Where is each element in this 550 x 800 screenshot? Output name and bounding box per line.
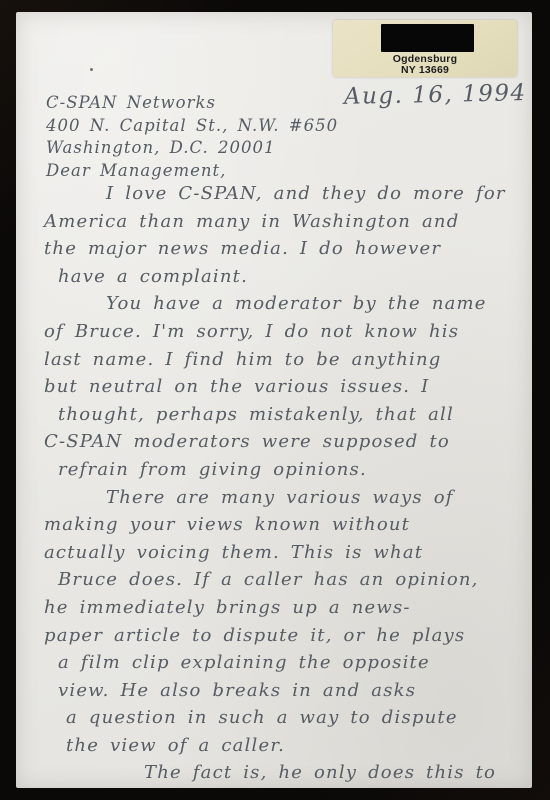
letter-line: the view of a caller. bbox=[44, 732, 526, 760]
address-label-text: Ogdensburg NY 13669 bbox=[333, 54, 517, 76]
letter-line: the major news media. I do however bbox=[44, 235, 526, 263]
recipient-address-block: C-SPAN Networks 400 N. Capital St., N.W.… bbox=[46, 92, 338, 182]
address-label-sticker: Ogdensburg NY 13669 bbox=[333, 20, 517, 77]
letter-line: paper article to dispute it, or he plays bbox=[44, 622, 526, 650]
letter-line: of Bruce. I'm sorry, I do not know his bbox=[44, 318, 526, 346]
letter-line: making your views known without bbox=[44, 511, 526, 539]
letter-line: have a complaint. bbox=[44, 263, 526, 291]
letter-line: refrain from giving opinions. bbox=[44, 456, 526, 484]
letter-line: Bruce does. If a caller has an opinion, bbox=[44, 566, 526, 594]
letter-line: he immediately brings up a news- bbox=[44, 594, 526, 622]
scanned-photo-background: Ogdensburg NY 13669 Aug. 16, 1994 C-SPAN… bbox=[0, 0, 550, 800]
letter-line: a question in such a way to dispute bbox=[44, 704, 526, 732]
letter-line: I love C-SPAN, and they do more for bbox=[44, 180, 526, 208]
address-line: C-SPAN Networks bbox=[46, 92, 338, 115]
letter-line: America than many in Washington and bbox=[44, 208, 526, 236]
letter-line: last name. I find him to be anything bbox=[44, 346, 526, 374]
letter-line: but neutral on the various issues. I bbox=[44, 373, 526, 401]
letter-body: I love C-SPAN, and they do more for Amer… bbox=[44, 180, 526, 787]
letter-line: actually voicing them. This is what bbox=[44, 539, 526, 567]
letter-line: You have a moderator by the name bbox=[44, 290, 526, 318]
letter-line: There are many various ways of bbox=[44, 484, 526, 512]
letter-date: Aug. 16, 1994 bbox=[344, 80, 527, 110]
letter-line: thought, perhaps mistakenly, that all bbox=[44, 401, 526, 429]
letter-page: Ogdensburg NY 13669 Aug. 16, 1994 C-SPAN… bbox=[16, 12, 532, 788]
label-state-zip: NY 13669 bbox=[333, 65, 517, 76]
letter-line: a film clip explaining the opposite bbox=[44, 649, 526, 677]
salutation: Dear Management, bbox=[46, 160, 338, 183]
letter-line: C-SPAN moderators were supposed to bbox=[44, 428, 526, 456]
paper-speck bbox=[90, 68, 93, 71]
letter-line: The fact is, he only does this to bbox=[44, 759, 526, 787]
redaction-bar bbox=[381, 24, 474, 52]
letter-line: view. He also breaks in and asks bbox=[44, 677, 526, 705]
address-line: Washington, D.C. 20001 bbox=[46, 137, 338, 160]
address-line: 400 N. Capital St., N.W. #650 bbox=[46, 115, 338, 138]
